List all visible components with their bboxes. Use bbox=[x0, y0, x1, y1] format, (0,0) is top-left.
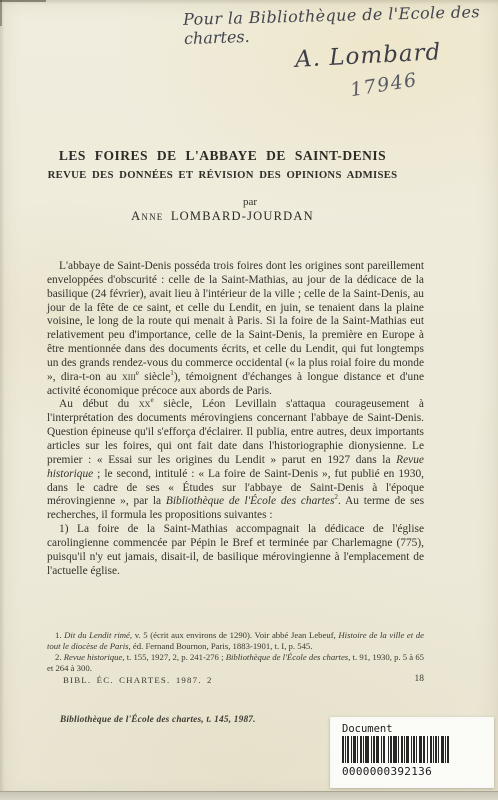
scan-edge-artifact-top bbox=[0, 0, 46, 2]
scanned-journal-page: Pour la Bibliothèque de l'Ecole des char… bbox=[0, 0, 498, 800]
article-title: LES FOIRES DE L'ABBAYE DE SAINT-DENIS bbox=[30, 148, 415, 164]
article-subtitle: REVUE DES DONNÉES ET RÉVISION DES OPINIO… bbox=[30, 169, 415, 181]
author-first-name: Anne bbox=[131, 209, 163, 223]
body-paragraph: Au début du xxe siècle, Léon Levillain s… bbox=[47, 398, 424, 523]
handwritten-signature: A. Lombard bbox=[294, 39, 441, 73]
page-number: 18 bbox=[402, 674, 424, 684]
scan-edge-artifact-left bbox=[0, 0, 2, 26]
author-name: Anne LOMBARD-JOURDAN bbox=[30, 209, 415, 224]
body-paragraph: 1) La foire de la Saint-Mathias accompag… bbox=[47, 523, 424, 578]
barcode-label-text: Document bbox=[342, 723, 494, 735]
footnotes-block: 1. Dit du Lendit rimé, v. 5 (écrit aux e… bbox=[47, 630, 424, 674]
journal-imprint-line: Bibliothèque de l'École des chartes, t. … bbox=[60, 715, 256, 725]
article-body: L'abbaye de Saint-Denis posséda trois fo… bbox=[47, 260, 424, 578]
body-paragraph: L'abbaye de Saint-Denis posséda trois fo… bbox=[47, 260, 424, 398]
barcode-sticker: Document 0000000392136 bbox=[330, 717, 494, 788]
author-last-name: LOMBARD-JOURDAN bbox=[171, 209, 314, 223]
barcode-number: 0000000392136 bbox=[342, 765, 494, 778]
footnote: 1. Dit du Lendit rimé, v. 5 (écrit aux e… bbox=[47, 630, 424, 652]
running-footer: BIBL. ÉC. CHARTES. 1987. 2 bbox=[63, 675, 213, 685]
handwritten-accession-number: 17946 bbox=[349, 69, 420, 101]
barcode-bars-icon bbox=[342, 736, 484, 763]
byline-par: par bbox=[190, 196, 310, 208]
handwritten-dedication-line2: chartes. bbox=[184, 27, 250, 48]
handwritten-dedication-line1: Pour la Bibliothèque de l'Ecole des bbox=[183, 2, 480, 29]
page-bottom-edge bbox=[0, 791, 498, 800]
footnote: 2. Revue historique, t. 155, 1927, 2, p.… bbox=[47, 652, 424, 674]
